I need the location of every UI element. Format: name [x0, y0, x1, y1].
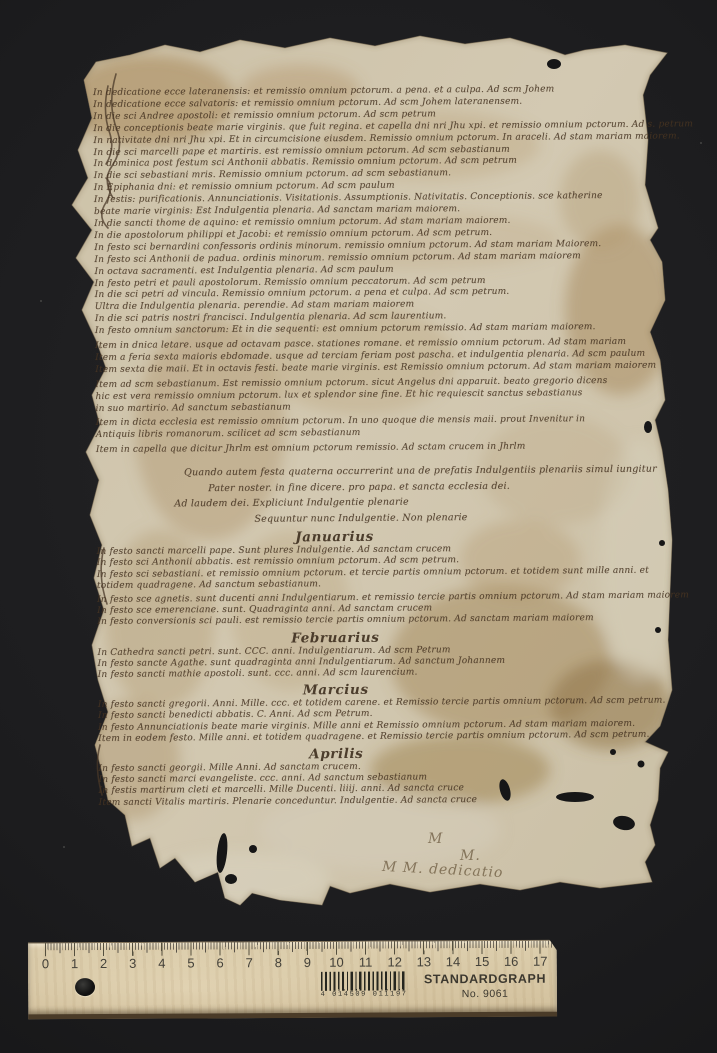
ruler-number: 1 [74, 956, 75, 971]
ruler-number: 12 [394, 954, 395, 969]
ruler-number: 15 [482, 954, 483, 969]
ruler-hang-hole [75, 978, 95, 996]
section-februarius: Februarius In Cathedra sancti petri. sun… [97, 628, 663, 681]
ruler-number: 10 [336, 955, 337, 970]
section-januarius: Januarius In festo sancti marcelli pape.… [96, 528, 663, 629]
section-marcius: Marcius In festo sancti gregorii. Anni. … [98, 681, 664, 745]
ruler-number: 4 [161, 956, 162, 971]
ruler-scale-numbers: 0 1 2 3 4 5 6 7 8 9 10 11 [45, 954, 541, 972]
ruler-number: 13 [423, 954, 424, 969]
ruler-number: 14 [452, 954, 453, 969]
ruler-number: 3 [132, 956, 133, 971]
ruler-number: 16 [511, 954, 512, 969]
ruler-number: 17 [540, 954, 541, 969]
barcode: 4 014509 011197 [318, 971, 410, 1000]
barcode-bars [321, 971, 407, 990]
summary-paragraph: Quando autem festa quaterna occurrerint … [96, 462, 662, 528]
ruler-number: 0 [45, 956, 46, 971]
brand-label: STANDARDGRAPH [420, 972, 550, 987]
ruler-number: 7 [249, 955, 250, 970]
manuscript-text: In dedicatione ecce lateranensis: et rem… [93, 84, 665, 809]
model-number-label: No. 9061 [420, 988, 550, 1001]
ruler-number: 5 [190, 956, 191, 971]
ruler-number: 11 [365, 955, 366, 970]
dust-speck [63, 846, 65, 848]
dust-speck [700, 142, 702, 144]
ruler-number: 6 [220, 955, 221, 970]
manuscript-line: Item in capella que dicitur Jhrlm est om… [96, 441, 662, 457]
ruler-number: 8 [278, 955, 279, 970]
dust-speck [40, 300, 42, 302]
bottom-mark: M [428, 831, 443, 847]
photo-stage: In dedicatione ecce lateranensis: et rem… [0, 0, 717, 1053]
ruler-number: 9 [307, 955, 308, 970]
manuscript-line: Sequuntur nunc Indulgentie. Non plenarie [254, 508, 662, 527]
section-aprilis: Aprilis In festo sancti georgii. Mille A… [98, 745, 664, 809]
indulgence-list-intro: In dedicatione ecce lateranensis: et rem… [93, 84, 662, 458]
ruler-number: 2 [103, 956, 104, 971]
bottom-mark: M. [460, 848, 481, 864]
ruler-branding: STANDARDGRAPH No. 9061 [420, 972, 550, 1001]
ruler: 0 1 2 3 4 5 6 7 8 9 10 11 [28, 940, 557, 1020]
barcode-digits: 4 014509 011197 [318, 990, 410, 998]
